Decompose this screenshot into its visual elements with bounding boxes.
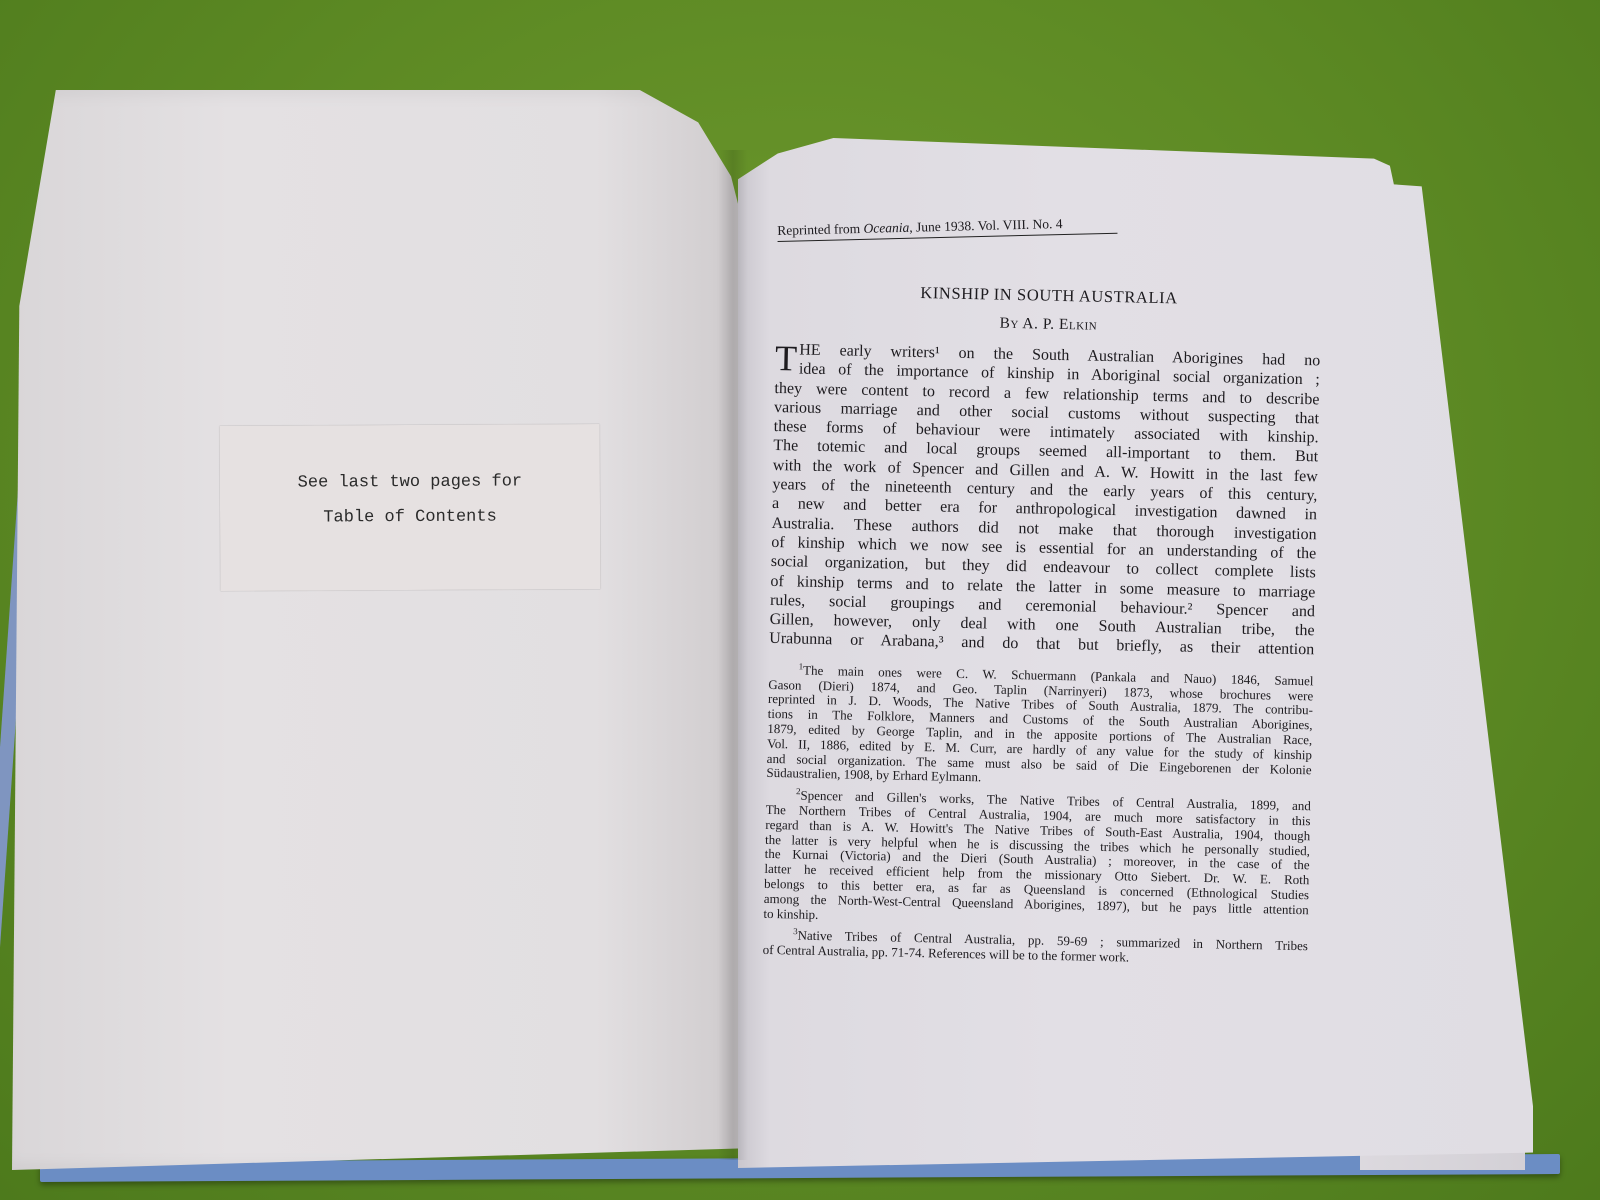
reprint-prefix: Reprinted from (777, 221, 864, 238)
footnote-1: 1The main ones were C. W. Schuermann (Pa… (766, 663, 1313, 793)
footnote-2: 2Spencer and Gillen's works, The Native … (763, 788, 1311, 933)
book-gutter (718, 150, 748, 1160)
left-page (12, 90, 742, 1170)
pasted-typewritten-note: See last two pages for Table of Contents (220, 424, 601, 591)
article-body: T HE early writers¹ on the South Austral… (769, 340, 1320, 660)
note-line-2: Table of Contents (220, 507, 600, 528)
article-byline: By A. P. Elkin (776, 310, 1321, 339)
article: Reprinted from Oceania, June 1938. Vol. … (762, 222, 1322, 976)
drop-cap: T (775, 342, 798, 374)
footnotes: 1The main ones were C. W. Schuermann (Pa… (763, 663, 1314, 969)
journal-name: Oceania (863, 220, 909, 236)
note-line-1: See last two pages for (220, 472, 600, 493)
footnote-3: 3Native Tribes of Central Australia, pp.… (763, 928, 1309, 969)
article-title: KINSHIP IN SOUTH AUSTRALIA (776, 280, 1321, 311)
reprint-issue: , June 1938. Vol. VIII. No. 4 (909, 216, 1063, 235)
